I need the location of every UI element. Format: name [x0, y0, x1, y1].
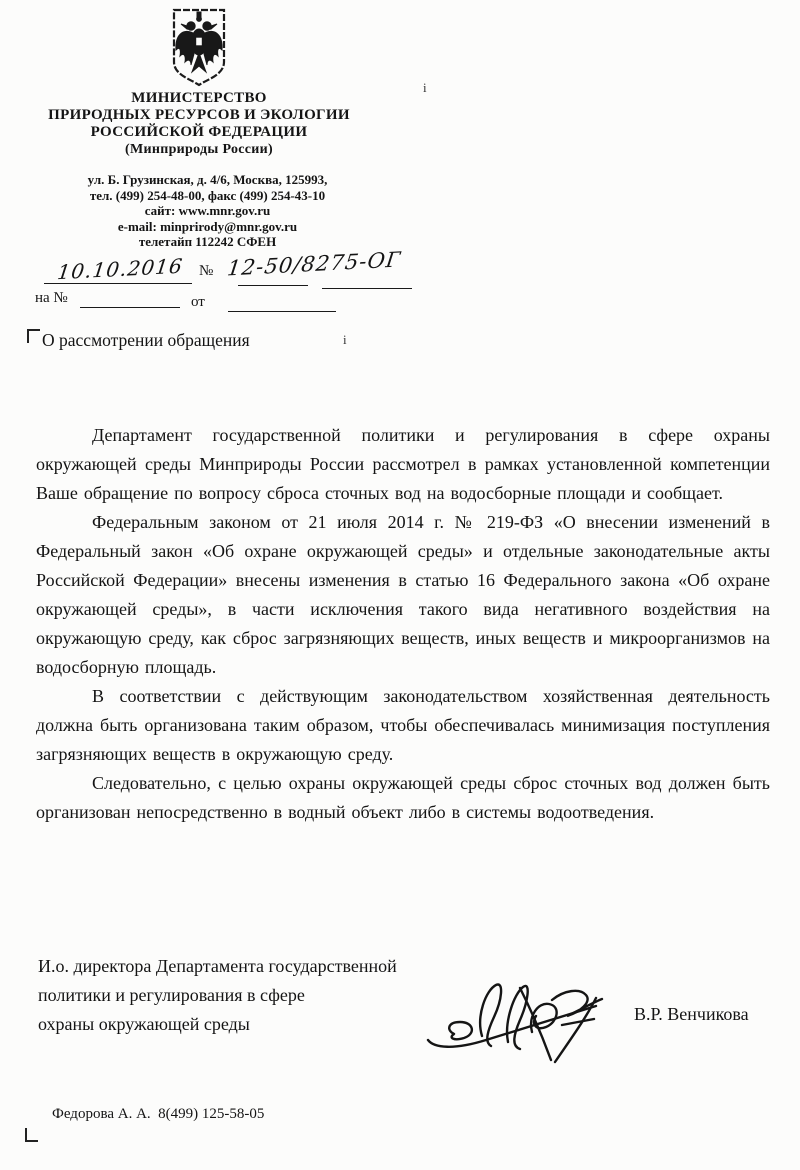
contact-email: e-mail: minprirody@mnr.gov.ru — [35, 219, 380, 235]
contact-address: ул. Б. Грузинская, д. 4/6, Москва, 12599… — [35, 172, 380, 188]
subject-line: О рассмотрении обращения — [42, 330, 250, 351]
signer-position-line-1: И.о. директора Департамента государствен… — [38, 952, 458, 981]
coat-of-arms-icon — [168, 6, 230, 90]
paragraph-2: Федеральным законом от 21 июля 2014 г. №… — [36, 508, 770, 682]
paragraph-3: В соответствии с действующим законодател… — [36, 682, 770, 769]
number-underline-right — [322, 288, 412, 289]
signer-position-line-2: политики и регулирования в сфере — [38, 981, 458, 1010]
fold-mark-icon: i — [343, 332, 347, 348]
paragraph-4: Следовательно, с целью охраны окружающей… — [36, 769, 770, 827]
ministry-line-3: РОССИЙСКОЙ ФЕДЕРАЦИИ — [28, 124, 370, 141]
number-label: № — [199, 263, 213, 280]
form-corner-mark-bottom-left — [25, 1128, 38, 1142]
reply-date-underline — [228, 311, 336, 312]
contact-teletype: телетайп 112242 СФЕН — [35, 234, 380, 250]
reply-to-label: на № — [35, 290, 68, 307]
paragraph-1: Департамент государственной политики и р… — [36, 421, 770, 508]
contact-phone-fax: тел. (499) 254-48-00, факс (499) 254-43-… — [35, 188, 380, 204]
date-underline — [44, 283, 192, 284]
outgoing-date-handwritten: 10.10.2016 — [56, 254, 184, 284]
number-underline-left — [238, 285, 308, 286]
ministry-line-2: ПРИРОДНЫХ РЕСУРСОВ И ЭКОЛОГИИ — [28, 107, 370, 124]
fold-mark-icon: i — [423, 80, 427, 96]
handwritten-signature-icon — [424, 972, 639, 1072]
contact-website: сайт: www.mnr.gov.ru — [35, 203, 380, 219]
ministry-line-1: МИНИСТЕРСТВО — [28, 90, 370, 107]
outgoing-number-handwritten: 12-50/8275-ОГ — [226, 248, 403, 281]
executor-contact: Федорова А. А. 8(499) 125-58-05 — [52, 1106, 264, 1123]
letter-body: Департамент государственной политики и р… — [36, 421, 770, 827]
scanned-letter-page: { "document_type": "official-letter-scan… — [0, 0, 800, 1170]
letterhead-contacts: ул. Б. Грузинская, д. 4/6, Москва, 12599… — [35, 172, 380, 250]
form-corner-mark-top-left — [27, 329, 40, 343]
ministry-short-name: (Минприроды России) — [28, 141, 370, 158]
letterhead-ministry-name: МИНИСТЕРСТВО ПРИРОДНЫХ РЕСУРСОВ И ЭКОЛОГ… — [28, 90, 370, 158]
reply-from-label: от — [191, 294, 205, 311]
reply-number-underline — [80, 307, 180, 308]
signer-position-line-3: охраны окружающей среды — [38, 1010, 458, 1039]
signer-name: В.Р. Венчикова — [634, 1004, 749, 1025]
signer-position: И.о. директора Департамента государствен… — [38, 952, 458, 1039]
